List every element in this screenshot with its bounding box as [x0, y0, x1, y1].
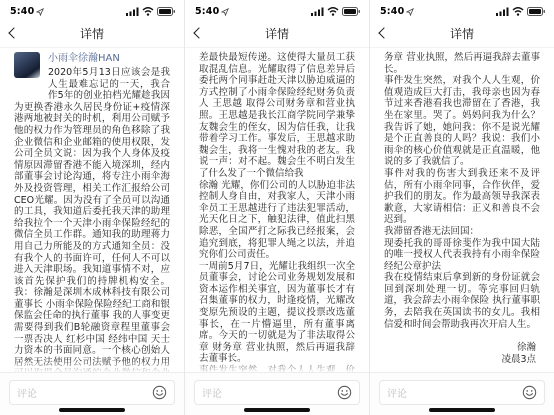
location-arrow-icon	[36, 8, 44, 16]
comment-placeholder: 评论	[17, 385, 37, 400]
comment-input[interactable]: 评论	[194, 380, 360, 405]
post-detail-scroll[interactable]: 务章 营业执照，然后再逼我辞去董事长。事件发生突然，对我个人人生观，价值观造成巨…	[370, 48, 554, 372]
status-left: 5:40	[10, 6, 44, 17]
wifi-icon	[142, 7, 154, 16]
cellular-signal-icon	[311, 7, 324, 16]
wifi-icon	[327, 7, 339, 16]
comment-input[interactable]: 评论	[379, 380, 545, 405]
home-indicator[interactable]	[429, 408, 495, 412]
post-text: 务章 营业执照，然后再逼我辞去董事长。事件发生突然，对我个人人生观，价值观造成巨…	[384, 52, 540, 330]
comment-bar: 评论	[370, 372, 554, 415]
page-title: 详情	[265, 25, 289, 42]
avatar-column	[14, 52, 40, 98]
battery-icon	[157, 7, 175, 16]
post-paragraph: 一周前5月7日，光耀让我组织一次全员董事会，讨论公司业务规划发展和资本运作相关事…	[199, 261, 355, 365]
back-button chevron-left-icon[interactable]	[378, 27, 389, 38]
post-paragraph: 差最快最短传递。这使得大量员工获取混乱信息。光耀取得了信息差异后委托两个同事赶赴…	[199, 52, 355, 180]
smiley-emoji-icon[interactable]	[152, 385, 167, 400]
author-avatar[interactable]	[14, 52, 40, 78]
status-right	[126, 7, 175, 16]
post-paragraph: 务章 营业执照，然后再逼我辞去董事长。	[384, 52, 540, 75]
three-screenshot-collage: 5:40 详情 小雨伞徐瀚HAN 2020年5月13日应该会是我人生最难忘记的一…	[0, 0, 554, 415]
status-left: 5:40	[380, 6, 414, 17]
post-paragraph: 我滞留香港无法回国：	[384, 226, 540, 238]
home-indicator[interactable]	[244, 408, 310, 412]
status-bar: 5:40	[185, 0, 369, 20]
post-paragraph: 事件对我的伤害大到我还来不及评估，所有小雨伞同事，合作伙伴，爱护我们的朋友。作为…	[384, 168, 540, 226]
status-right	[311, 7, 360, 16]
post-text: 2020年5月13日应该会是我人生最难忘记的一天，我合作5年的创业拍档光耀趁我因…	[14, 67, 170, 372]
cellular-signal-icon	[126, 7, 139, 16]
post-detail-scroll[interactable]: 差最快最短传递。这使得大量员工获取混乱信息。光耀取得了信息差异后委托两个同事赶赴…	[185, 48, 369, 372]
location-arrow-icon	[406, 8, 414, 16]
smiley-emoji-icon[interactable]	[522, 385, 537, 400]
signature-name: 徐瀚	[384, 342, 536, 354]
comment-bar: 评论	[185, 372, 369, 415]
status-time: 5:40	[195, 6, 219, 17]
post-paragraph: 事件发生突然，对我个人人生观，价值观造成巨大打击，我母亲也因为春节过来香港看我也…	[384, 75, 540, 168]
status-left: 5:40	[195, 6, 229, 17]
post-text: 差最快最短传递。这使得大量员工获取混乱信息。光耀取得了信息差异后委托两个同事赶赴…	[199, 52, 355, 372]
status-bar: 5:40	[370, 0, 554, 20]
battery-icon	[342, 7, 360, 16]
page-title: 详情	[450, 25, 474, 42]
status-time: 5:40	[10, 6, 34, 17]
comment-placeholder: 评论	[202, 385, 222, 400]
screenshot-panel-3: 5:40 详情 务章 营业执照，然后再逼我辞去董事长。事件发生突然，对我个人人生…	[370, 0, 554, 415]
cellular-signal-icon	[496, 7, 509, 16]
back-button chevron-left-icon[interactable]	[193, 27, 204, 38]
nav-bar: 详情	[185, 20, 369, 48]
page-title: 详情	[80, 25, 104, 42]
post-paragraph: 现委托我的哥哥徐斐作为我中国大陆的唯一授权人代表我持有小雨伞保险经纪公章护法	[384, 238, 540, 273]
wifi-icon	[512, 7, 524, 16]
nav-bar: 详情	[0, 20, 184, 48]
home-indicator[interactable]	[59, 408, 125, 412]
smiley-emoji-icon[interactable]	[337, 385, 352, 400]
screenshot-panel-2: 5:40 详情 差最快最短传递。这使得大量员工获取混乱信息。光耀取得了信息差异后…	[185, 0, 369, 415]
status-bar: 5:40	[0, 0, 184, 20]
status-time: 5:40	[380, 6, 404, 17]
post-signature: 徐瀚 凌晨3点	[384, 342, 540, 366]
signature-time: 凌晨3点	[384, 354, 536, 366]
comment-input[interactable]: 评论	[9, 380, 175, 405]
post-paragraph: 我在疫情结束后拿到新的身份证就会回到深圳处理一切。等完事回归轨道，我会辞去小雨伞…	[384, 272, 540, 330]
post-detail-scroll[interactable]: 小雨伞徐瀚HAN 2020年5月13日应该会是我人生最难忘记的一天，我合作5年的…	[0, 48, 184, 372]
nav-bar: 详情	[370, 20, 554, 48]
status-right	[496, 7, 545, 16]
comment-placeholder: 评论	[387, 385, 407, 400]
comment-bar: 评论	[0, 372, 184, 415]
post-paragraph: 徐瀚 光耀，你们公司的人以胁迫非法控制人身自由，对我家人，天津小雨伞员工王思越进…	[199, 180, 355, 261]
post-paragraph: 2020年5月13日应该会是我人生最难忘记的一天，我合作5年的创业拍档光耀趁我因…	[14, 67, 170, 372]
screenshot-panel-1: 5:40 详情 小雨伞徐瀚HAN 2020年5月13日应该会是我人生最难忘记的一…	[0, 0, 184, 415]
battery-icon	[527, 7, 545, 16]
post-paragraph: 事件发生突然，对我个人人生观，价值观造成巨大打击，我母亲也因为春节过来香港看我也…	[199, 365, 355, 372]
location-arrow-icon	[221, 8, 229, 16]
back-button chevron-left-icon[interactable]	[8, 27, 19, 38]
